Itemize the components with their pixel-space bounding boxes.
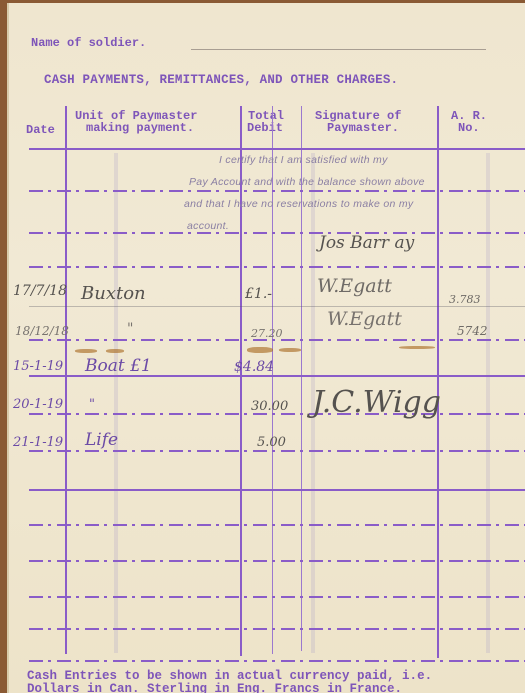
- row-1-date: 17/7/18: [13, 283, 67, 299]
- col-divider-signature: [437, 106, 439, 658]
- header-rule: [29, 148, 525, 150]
- row-1-ar: 3.783: [449, 293, 481, 306]
- row-2-date: 18/12/18: [15, 324, 69, 338]
- row-rule: [29, 628, 525, 630]
- row-5-date: 21-1-19: [13, 435, 63, 450]
- footer-note-line-1: Cash Entries to be shown in actual curre…: [27, 669, 432, 683]
- row-rule: [29, 489, 525, 491]
- header-ar-line2: No.: [458, 121, 480, 135]
- row-1-signature: W.Egatt: [317, 275, 392, 297]
- row-rule: [29, 560, 525, 562]
- col-divider-date: [65, 106, 67, 654]
- row-rule: [29, 596, 525, 598]
- rust-stain: [247, 347, 273, 353]
- header-debit-line2: Debit: [247, 121, 283, 135]
- row-rule: [29, 450, 525, 452]
- row-3-unit: Boat £1: [85, 356, 152, 376]
- row-5-debit: 5.00: [257, 435, 286, 450]
- row-2-signature: W.Egatt: [327, 308, 402, 330]
- row-4-date: 20-1-19: [13, 397, 63, 412]
- row-4-unit: ": [89, 397, 95, 412]
- row-rule: [29, 306, 525, 307]
- row-4-debit: 30.00: [251, 399, 288, 414]
- row-2-unit: ": [127, 321, 133, 337]
- row-2-ar: 5742: [457, 324, 488, 338]
- name-of-soldier-rule: [191, 49, 486, 50]
- row-3-debit: $4.84: [234, 359, 274, 375]
- rust-stain: [106, 349, 124, 353]
- header-date: Date: [26, 123, 55, 137]
- name-of-soldier-label: Name of soldier.: [31, 36, 146, 50]
- col-guide-unit: [114, 153, 118, 653]
- soldier-signature: Jos Barr ay: [319, 233, 414, 253]
- certification-line-4: account.: [187, 220, 229, 232]
- row-rule: [29, 266, 525, 268]
- header-unit-line2: making payment.: [86, 121, 194, 135]
- row-4-signature: J.C.Wigg: [312, 385, 441, 420]
- col-guide-ar: [486, 153, 490, 653]
- row-5-unit: Life: [85, 430, 118, 450]
- row-2-debit: 27.20: [251, 327, 283, 340]
- row-rule: [29, 524, 525, 526]
- footer-note-line-2: Dollars in Can. Sterling in Eng. Francs …: [27, 682, 402, 693]
- pay-book-page: Name of soldier. CASH PAYMENTS, REMITTAN…: [7, 3, 525, 693]
- col-divider-debit-cents: [272, 106, 273, 654]
- row-1-debit: £1.-: [245, 286, 272, 302]
- row-3-date: 15-1-19: [13, 359, 63, 374]
- row-1-unit: Buxton: [81, 283, 146, 304]
- page-title: CASH PAYMENTS, REMITTANCES, AND OTHER CH…: [44, 73, 398, 87]
- rust-stain: [279, 348, 301, 352]
- certification-line-3: and that I have no reservations to make …: [184, 198, 413, 210]
- certification-line-2: Pay Account and with the balance shown a…: [189, 176, 425, 188]
- row-rule: [29, 232, 525, 234]
- row-rule: [29, 660, 525, 662]
- row-rule: [29, 190, 525, 192]
- rust-stain: [75, 349, 97, 353]
- header-signature-line2: Paymaster.: [327, 121, 399, 135]
- certification-line-1: I certify that I am satisfied with my: [219, 154, 388, 166]
- rust-stain: [399, 346, 435, 349]
- col-divider-unit: [240, 106, 242, 656]
